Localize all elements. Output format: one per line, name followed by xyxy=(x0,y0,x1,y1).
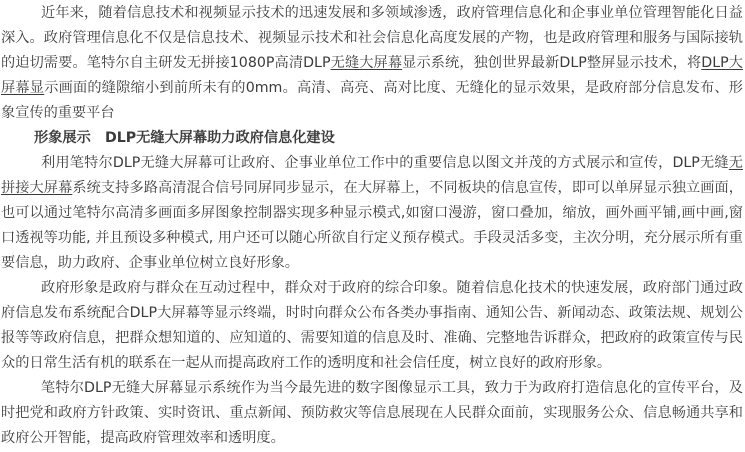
underlined-text-run: 无缝大屏幕 xyxy=(331,55,403,71)
text-run: 笔特尔DLP无缝大屏幕显示系统作为当今最先进的数字图像显示工具，致力于为政府打造… xyxy=(1,380,743,446)
document-body: 近年来，随着信息技术和视频显示技术的迅速发展和多领域渗透，政府管理信息化和企事业… xyxy=(0,0,745,452)
text-run: 形象展示 DLP无缝大屏幕助力政府信息化建设 xyxy=(34,130,335,146)
text-run: 利用笔特尔DLP无缝大屏幕可让政府、企事业单位工作中的重要信息以图文并茂的方式展… xyxy=(41,155,729,171)
paragraph-conclusion: 笔特尔DLP无缝大屏幕显示系统作为当今最先进的数字图像显示工具，致力于为政府打造… xyxy=(1,376,743,451)
text-run: 显示系统，独创世界最新DLP整屏显示技术，将 xyxy=(402,55,701,71)
paragraph-intro: 近年来，随着信息技术和视频显示技术的迅速发展和多领域渗透，政府管理信息化和企事业… xyxy=(1,1,743,126)
text-run: 政府形象是政府与群众在互动过程中，群众对于政府的综合印象。随着信息化技术的快速发… xyxy=(1,280,743,371)
paragraph-government-image: 政府形象是政府与群众在互动过程中，群众对于政府的综合印象。随着信息化技术的快速发… xyxy=(1,276,743,376)
text-run: 系统支持多路高清混合信号同屏同步显示，在大屏幕上，不同板块的信息宣传，即可以单屏… xyxy=(1,180,743,271)
text-run: 示画面的缝隙缩小到前所未有的0mm。高清、高亮、高对比度、无缝化的显示效果，是政… xyxy=(1,80,743,121)
paragraph-display-modes: 利用笔特尔DLP无缝大屏幕可让政府、企事业单位工作中的重要信息以图文并茂的方式展… xyxy=(1,151,743,276)
section-heading: 形象展示 DLP无缝大屏幕助力政府信息化建设 xyxy=(1,126,743,151)
